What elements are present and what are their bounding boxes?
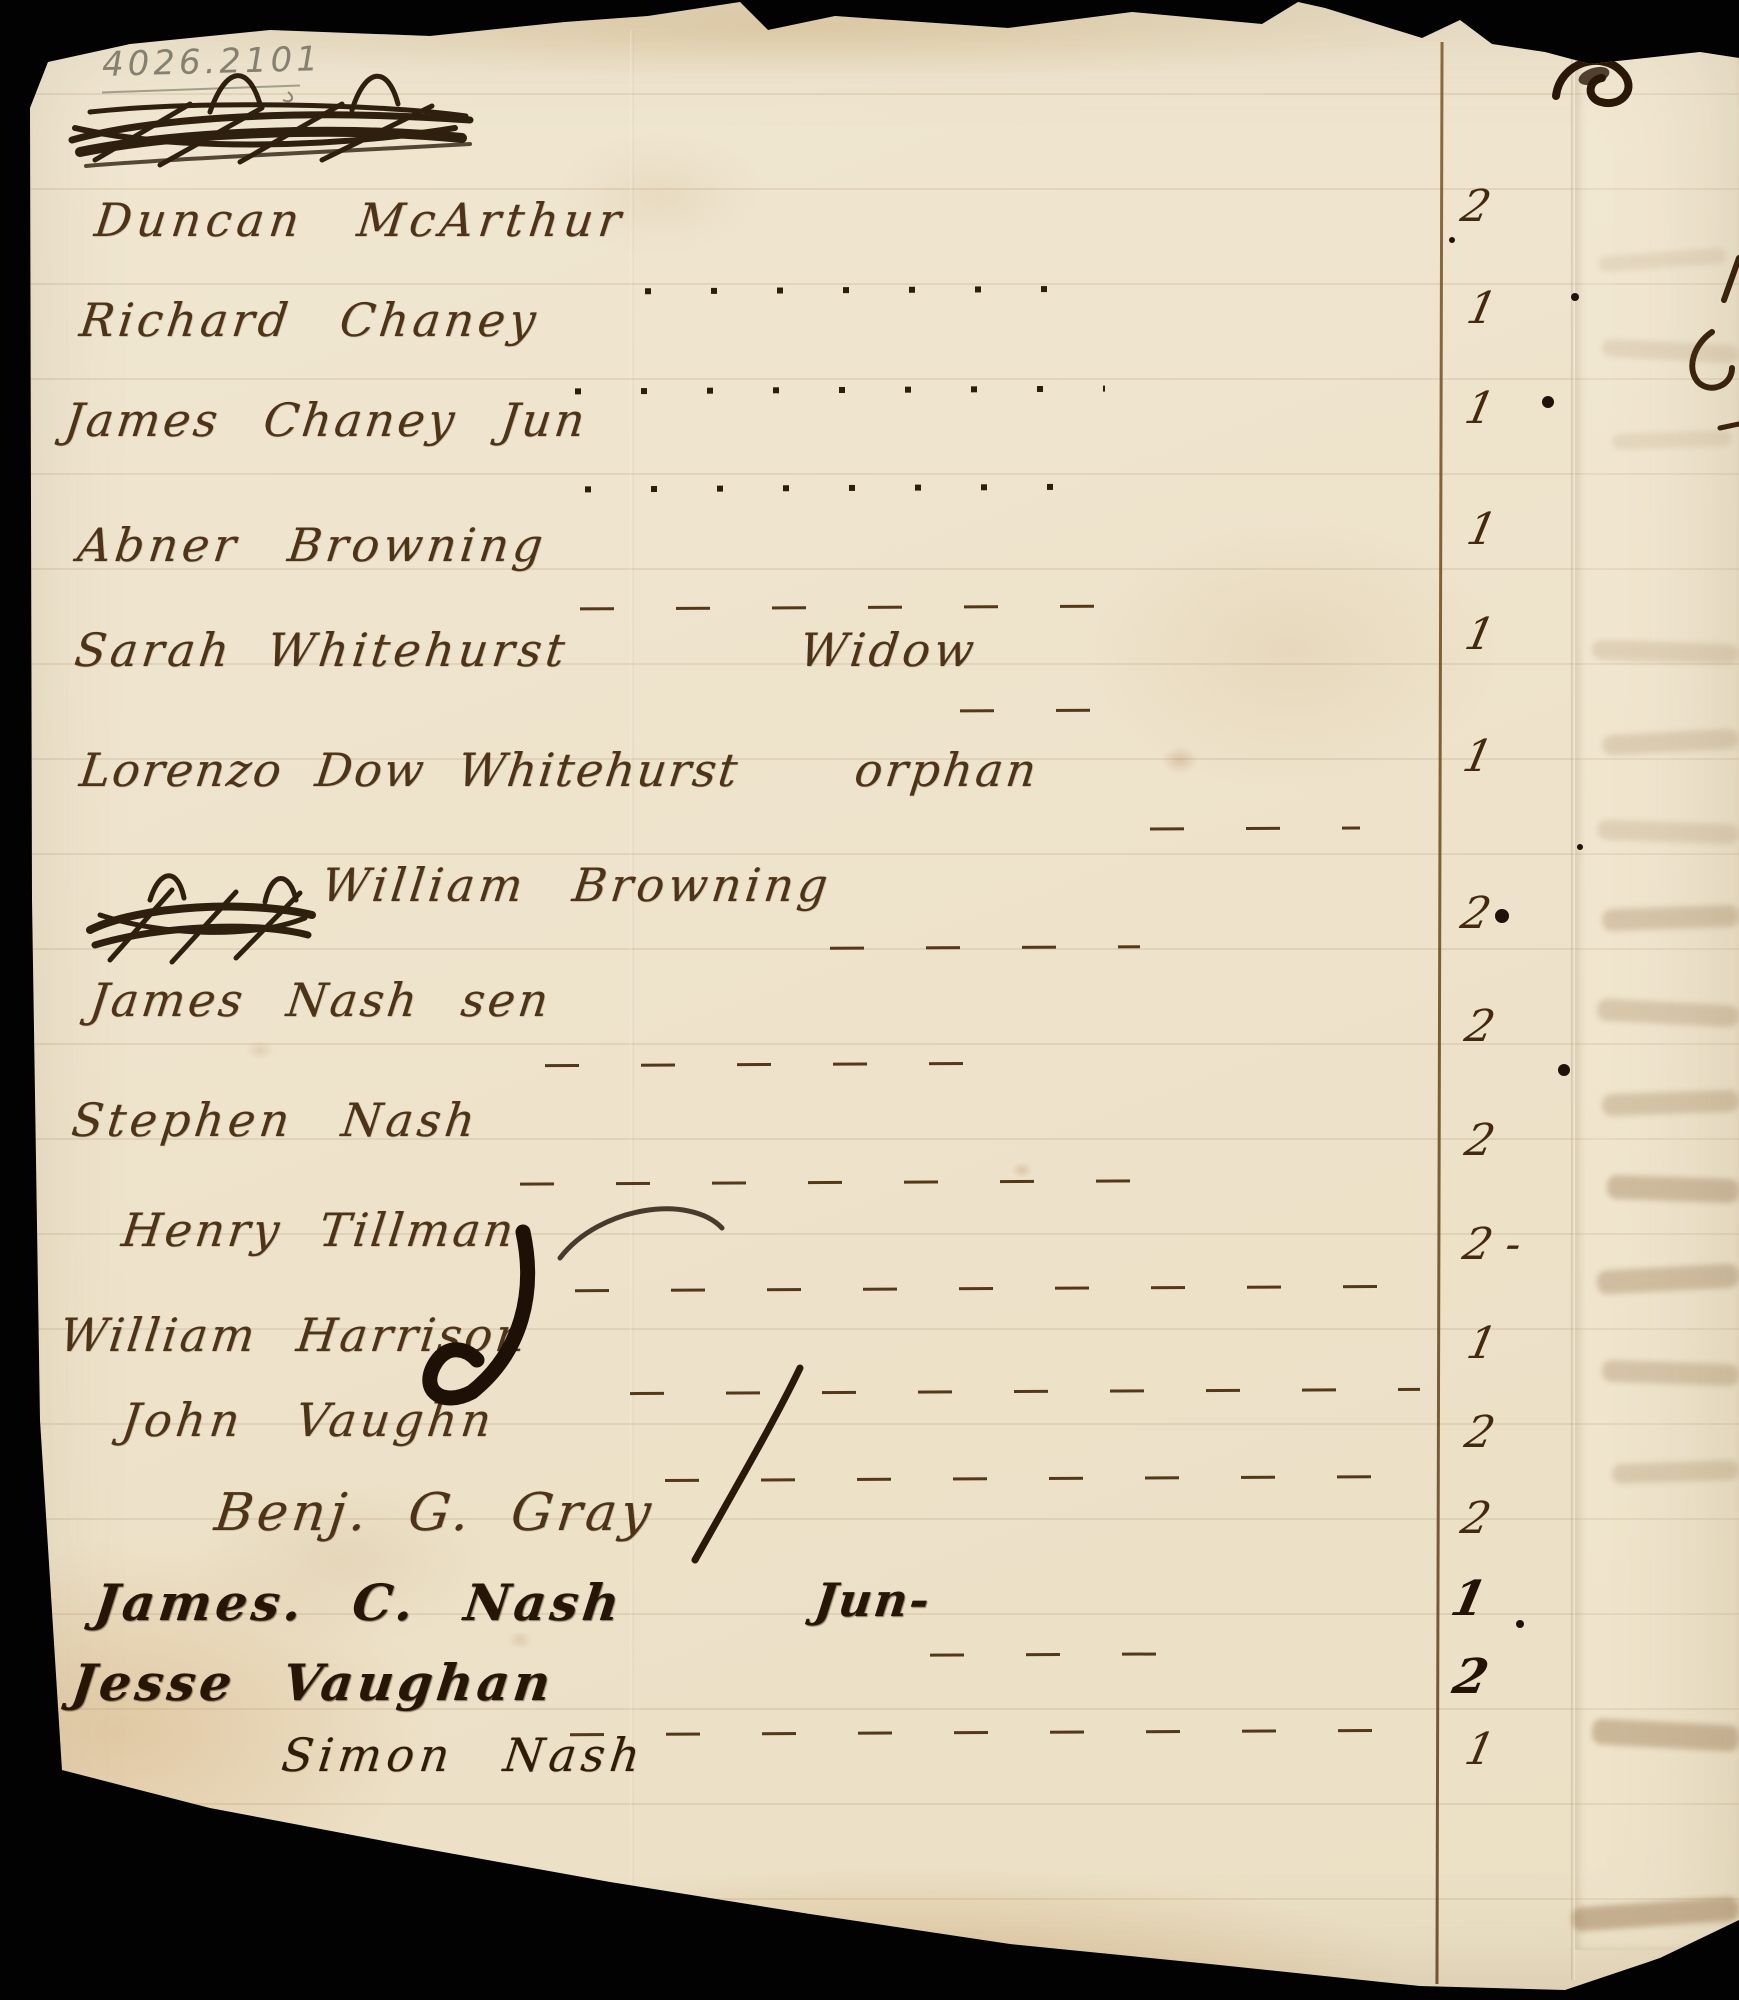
entry-count: 2 — [1457, 888, 1496, 939]
list-row: William Browning 2 — [0, 860, 1739, 980]
leader-line — [520, 1179, 1140, 1185]
list-row: Stephen Nash 2 — [0, 1095, 1739, 1215]
list-row: James Nash sen 2 — [0, 975, 1739, 1095]
leader-line — [665, 1475, 1420, 1482]
struck-entry-scribble — [72, 76, 470, 166]
entry-count: 2 — [1457, 1493, 1496, 1544]
entry-count: 2 — [1461, 1001, 1500, 1052]
entry-name: Abner Browning — [75, 520, 550, 571]
entry-count: 1 — [1461, 1724, 1500, 1775]
scanned-document: 4026.2101 Duncan McArthur 2 Richard Chan… — [0, 0, 1739, 2000]
entry-name: Duncan McArthur — [92, 195, 629, 246]
entry-name: Sarah Whitehurst — [72, 625, 571, 676]
entry-annex: orphan — [852, 745, 1042, 796]
entry-name: Henry Tillman — [119, 1205, 519, 1256]
leader-line — [575, 1285, 1425, 1292]
list-row: James Chaney Jun 1 — [0, 395, 1739, 515]
entry-name: James. C. Nash — [92, 1575, 627, 1630]
list-row: Henry Tillman 2 - — [0, 1205, 1739, 1325]
accession-underline — [102, 85, 300, 94]
leader-line — [585, 484, 1105, 493]
entry-name: William Harrison — [57, 1310, 531, 1361]
entry-count: 2 — [1461, 1407, 1500, 1458]
entry-count: 2 - — [1459, 1219, 1527, 1270]
entry-name: John Vaughn — [119, 1395, 498, 1446]
pencil-tail — [283, 92, 292, 101]
document-page: 4026.2101 Duncan McArthur 2 Richard Chan… — [0, 0, 1739, 2000]
list-row: Simon Nash 1 — [0, 1730, 1739, 1850]
entry-count: 2 — [1448, 1649, 1493, 1705]
entry-name: Stephen Nash — [69, 1095, 482, 1146]
list-row: Lorenzo Dow Whitehurst orphan 1 — [0, 745, 1739, 865]
leader-line — [645, 286, 1105, 294]
bleed-through-mark — [1607, 1175, 1739, 1204]
leader-line — [545, 1062, 995, 1067]
entry-name: James Nash sen — [87, 975, 554, 1026]
entry-count: 1 — [1463, 1318, 1502, 1369]
leader-line — [1150, 826, 1360, 830]
entry-name: Jesse Vaughan — [69, 1655, 558, 1710]
entry-name: Lorenzo Dow Whitehurst — [77, 745, 742, 796]
leader-line — [830, 945, 1140, 950]
leader-line — [630, 1388, 1420, 1395]
entry-name: William Browning — [319, 860, 834, 911]
accession-number: 4026.2101 — [102, 39, 323, 85]
leader-line — [960, 709, 1125, 713]
entry-name: James Chaney Jun — [62, 395, 591, 446]
leader-line — [580, 605, 1120, 611]
entry-annex: Widow — [797, 625, 981, 676]
list-row: Sarah Whitehurst Widow 1 — [0, 625, 1739, 745]
entry-count: 1 — [1446, 1571, 1491, 1627]
entry-name: Richard Chaney — [77, 295, 543, 346]
entry-name: Simon Nash — [279, 1730, 648, 1781]
entry-name: Benj. G. Gray — [211, 1485, 657, 1542]
entry-count: 2 — [1457, 181, 1496, 232]
entry-count: 2 — [1461, 1115, 1500, 1166]
leader-line — [575, 386, 1105, 395]
entry-annex: Jun- — [812, 1575, 934, 1626]
